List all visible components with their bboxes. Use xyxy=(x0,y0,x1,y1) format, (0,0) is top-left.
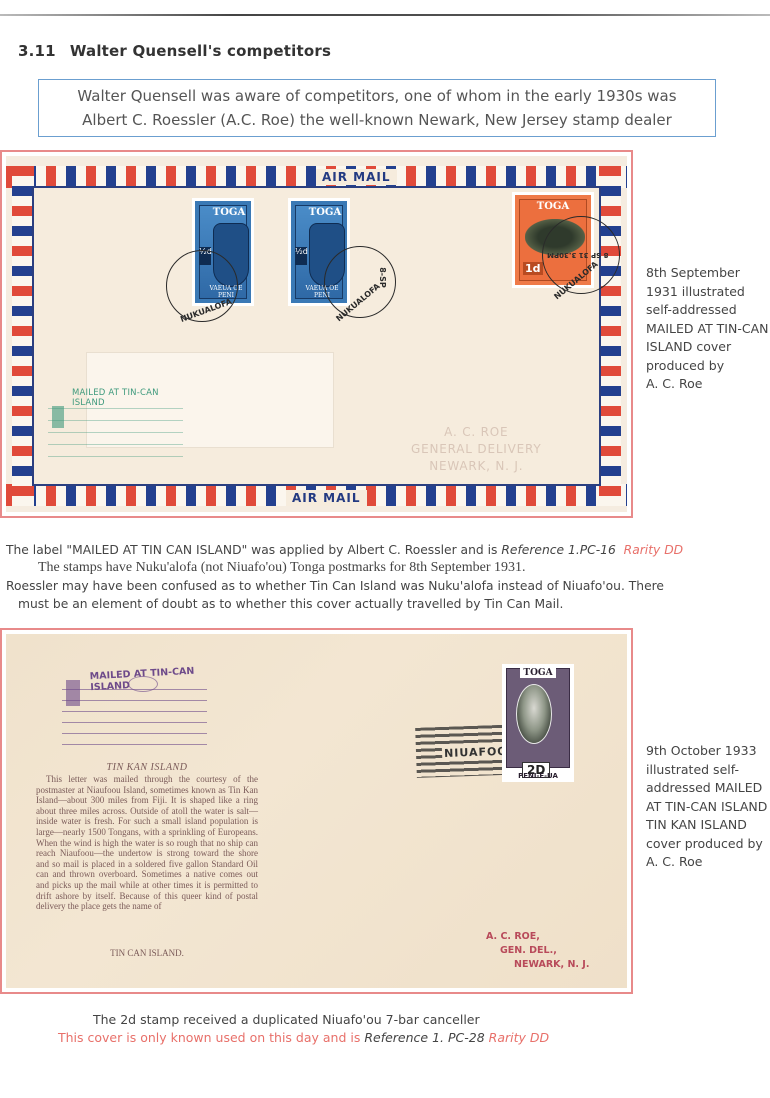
stamp-country: TOGA xyxy=(502,668,574,678)
postmark-nukualofa-3: NUKUALOFA 8 SP 31 3.30PM xyxy=(542,216,620,294)
caption-line-3: Roessler may have been confused as to wh… xyxy=(0,577,770,595)
airmail-border-left xyxy=(12,166,34,506)
cover-2-frame: MAILED AT TIN-CAN ISLAND TIN KAN ISLAND … xyxy=(0,628,633,994)
intro-line-1: Walter Quensell was aware of competitors… xyxy=(39,84,715,108)
addressee: A. C. ROE GENERAL DELIVERY NEWARK, N. J. xyxy=(411,424,542,475)
cachet-label: MAILED AT TIN-CAN ISLAND xyxy=(72,388,188,408)
airmail-cover-1931: AIR MAIL AIR MAIL TOGA ½d VAEUA OE PENI … xyxy=(6,156,627,512)
caption-line-1: The 2d stamp received a duplicated Niuaf… xyxy=(0,1011,770,1029)
cover-2-description: 9th October 1933 illustrated self- addre… xyxy=(646,742,770,872)
caption-line-1: The label "MAILED AT TIN CAN ISLAND" was… xyxy=(0,541,770,559)
intro-box: Walter Quensell was aware of competitors… xyxy=(38,79,716,137)
tin-can-island-cachet: MAILED AT TIN-CAN ISLAND xyxy=(48,388,188,478)
tin-kan-island-cover-1933: MAILED AT TIN-CAN ISLAND TIN KAN ISLAND … xyxy=(6,634,627,988)
stamp-value: ½d xyxy=(295,247,307,265)
intro-line-2: Albert C. Roessler (A.C. Roe) the well-k… xyxy=(39,108,715,132)
queen-portrait-icon xyxy=(516,684,552,744)
story-body: This letter was mailed through the court… xyxy=(36,774,258,912)
caption-line-4: must be an element of doubt as to whethe… xyxy=(0,595,770,613)
reference: Reference 1. PC-28 xyxy=(364,1030,484,1045)
stamp-country: TOGA xyxy=(515,201,591,212)
airmail-label-bottom: AIR MAIL xyxy=(286,490,367,506)
airmail-label-top: AIR MAIL xyxy=(316,169,397,185)
stamp-country: TOGA xyxy=(305,207,345,218)
cover-1-caption: The label "MAILED AT TIN CAN ISLAND" was… xyxy=(0,541,770,613)
section-number: 3.11 xyxy=(18,42,56,60)
top-divider xyxy=(0,14,770,16)
stamp-footer: PENI-E-UA xyxy=(502,772,574,780)
postmark-nukualofa-1: NUKUALOFA xyxy=(166,250,238,322)
cover-1-description: 8th September 1931 illustrated self-addr… xyxy=(646,264,770,394)
island-scene-illustration xyxy=(48,402,183,468)
page-title: 3.11Walter Quensell's competitors xyxy=(18,42,331,60)
addressee: A. C. ROE, GEN. DEL., NEWARK, N. J. xyxy=(486,930,589,972)
stamp-value: 1d xyxy=(523,262,543,275)
rarity: Rarity DD xyxy=(489,1030,549,1045)
caption-line-2: This cover is only known used on this da… xyxy=(0,1029,770,1047)
cover-1-frame: AIR MAIL AIR MAIL TOGA ½d VAEUA OE PENI … xyxy=(0,150,633,518)
postmark-nukualofa-2: NUKUALOFA 8-SP xyxy=(324,246,396,318)
story-end: TIN CAN ISLAND. xyxy=(36,948,258,958)
reference: Reference 1.PC-16 xyxy=(501,543,615,557)
caption-line-2: The stamps have Nuku'alofa (not Niuafo'o… xyxy=(0,559,770,577)
stamp-two-pence: TOGA 2D PENI-E-UA xyxy=(502,664,574,782)
cover-2-caption: The 2d stamp received a duplicated Niuaf… xyxy=(0,1011,770,1047)
story-title: TIN KAN ISLAND xyxy=(36,762,258,773)
airmail-border-right xyxy=(599,166,621,506)
rarity: Rarity DD xyxy=(624,543,684,557)
tin-can-island-cachet: MAILED AT TIN-CAN ISLAND xyxy=(62,664,212,754)
island-scene-illustration xyxy=(62,684,207,750)
section-title: Walter Quensell's competitors xyxy=(70,42,331,60)
stamp-country: TOGA xyxy=(209,207,249,218)
